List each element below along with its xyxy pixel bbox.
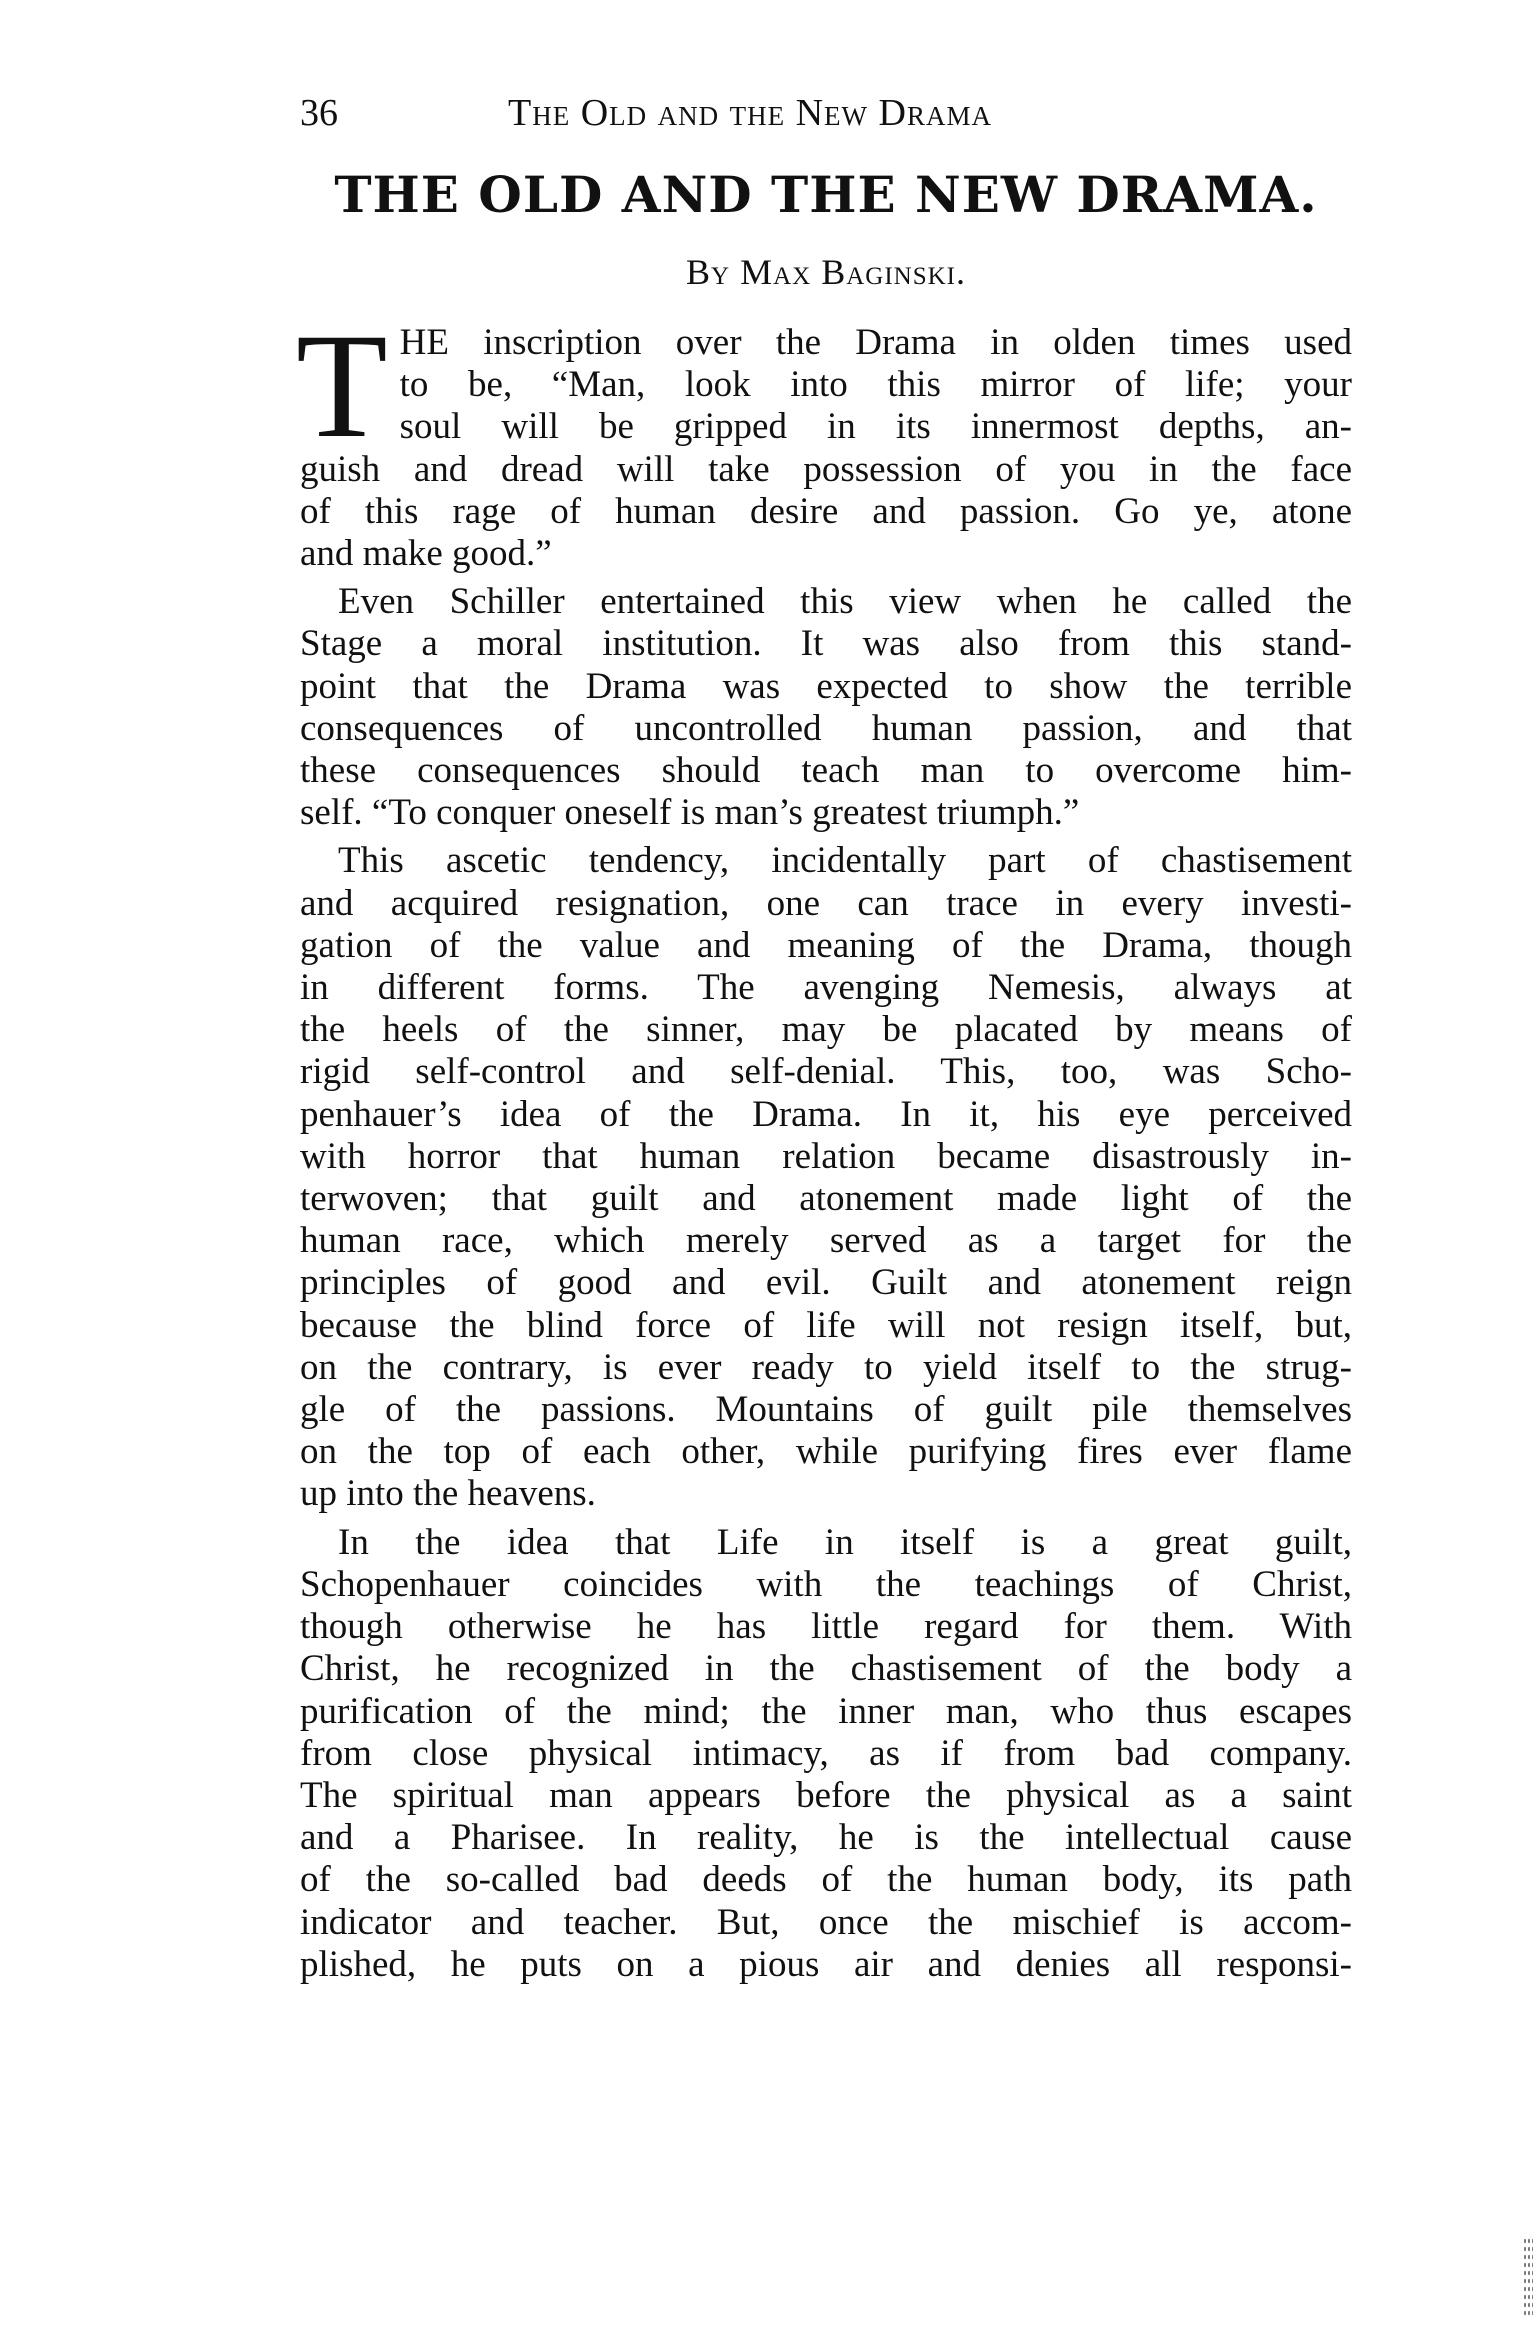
text-line: on the top of each other, while purifyin… — [300, 1431, 1352, 1473]
page-number: 36 — [300, 88, 338, 138]
text-line: these consequences should teach man to o… — [300, 750, 1352, 792]
text-line: Stage a moral institution. It was also f… — [300, 623, 1352, 665]
article-body: T HE inscription over the Drama in olden… — [300, 322, 1352, 1992]
text-line: terwoven; that guilt and atonement made … — [300, 1178, 1352, 1220]
scan-artifact-dots — [1523, 2237, 1533, 2317]
text-line: guish and dread will take possession of … — [300, 449, 1352, 491]
running-head: 36 The Old and the New Drama — [300, 88, 1352, 138]
text-line: soul will be gripped in its innermost de… — [300, 406, 1352, 448]
text-line: though otherwise he has little regard fo… — [300, 1606, 1352, 1648]
text-line: the heels of the sinner, may be placated… — [300, 1009, 1352, 1051]
text-line: consequences of uncontrolled human passi… — [300, 708, 1352, 750]
text-line: indicator and teacher. But, once the mis… — [300, 1902, 1352, 1944]
text-line: in different forms. The avenging Nemesis… — [300, 967, 1352, 1009]
text-line: because the blind force of life will not… — [300, 1305, 1352, 1347]
text-line: with horror that human relation became d… — [300, 1136, 1352, 1178]
text-line: purification of the mind; the inner man,… — [300, 1691, 1352, 1733]
article-title: THE OLD AND THE NEW DRAMA. — [300, 163, 1352, 227]
byline: By Max Baginski. — [300, 248, 1352, 296]
running-title: The Old and the New Drama — [508, 88, 992, 138]
text-line: and acquired resignation, one can trace … — [300, 883, 1352, 925]
document-page: 36 The Old and the New Drama THE OLD AND… — [0, 0, 1537, 2337]
text-line: of the so-called bad deeds of the human … — [300, 1859, 1352, 1901]
text-line: gation of the value and meaning of the D… — [300, 925, 1352, 967]
text-line: Even Schiller entertained this view when… — [300, 581, 1352, 623]
text-line: to be, “Man, look into this mirror of li… — [300, 364, 1352, 406]
paragraph-4: In the idea that Life in itself is a gre… — [300, 1522, 1352, 1986]
paragraph-2: Even Schiller entertained this view when… — [300, 581, 1352, 834]
text-line: and a Pharisee. In reality, he is the in… — [300, 1817, 1352, 1859]
text-line: HE inscription over the Drama in olden t… — [300, 322, 1352, 364]
text-line: from close physical intimacy, as if from… — [300, 1733, 1352, 1775]
text-line: The spiritual man appears before the phy… — [300, 1775, 1352, 1817]
text-line: self. “To conquer oneself is man’s great… — [300, 792, 1352, 834]
text-line: Schopenhauer coincides with the teaching… — [300, 1564, 1352, 1606]
text-line: plished, he puts on a pious air and deni… — [300, 1944, 1352, 1986]
text-line: human race, which merely served as a tar… — [300, 1220, 1352, 1262]
text-line: and make good.” — [300, 533, 1352, 575]
text-line: Christ, he recognized in the chastisemen… — [300, 1648, 1352, 1690]
text-line: principles of good and evil. Guilt and a… — [300, 1262, 1352, 1304]
paragraph-1: T HE inscription over the Drama in olden… — [300, 322, 1352, 575]
text-line: up into the heavens. — [300, 1473, 1352, 1515]
drop-cap: T — [296, 330, 388, 442]
text-line: penhauer’s idea of the Drama. In it, his… — [300, 1094, 1352, 1136]
paragraph-3: This ascetic tendency, incidentally part… — [300, 840, 1352, 1515]
text-line: In the idea that Life in itself is a gre… — [300, 1522, 1352, 1564]
text-line: point that the Drama was expected to sho… — [300, 666, 1352, 708]
text-line: of this rage of human desire and passion… — [300, 491, 1352, 533]
text-line: gle of the passions. Mountains of guilt … — [300, 1389, 1352, 1431]
text-line: on the contrary, is ever ready to yield … — [300, 1347, 1352, 1389]
text-line: rigid self-control and self-denial. This… — [300, 1051, 1352, 1093]
text-line: This ascetic tendency, incidentally part… — [300, 840, 1352, 882]
